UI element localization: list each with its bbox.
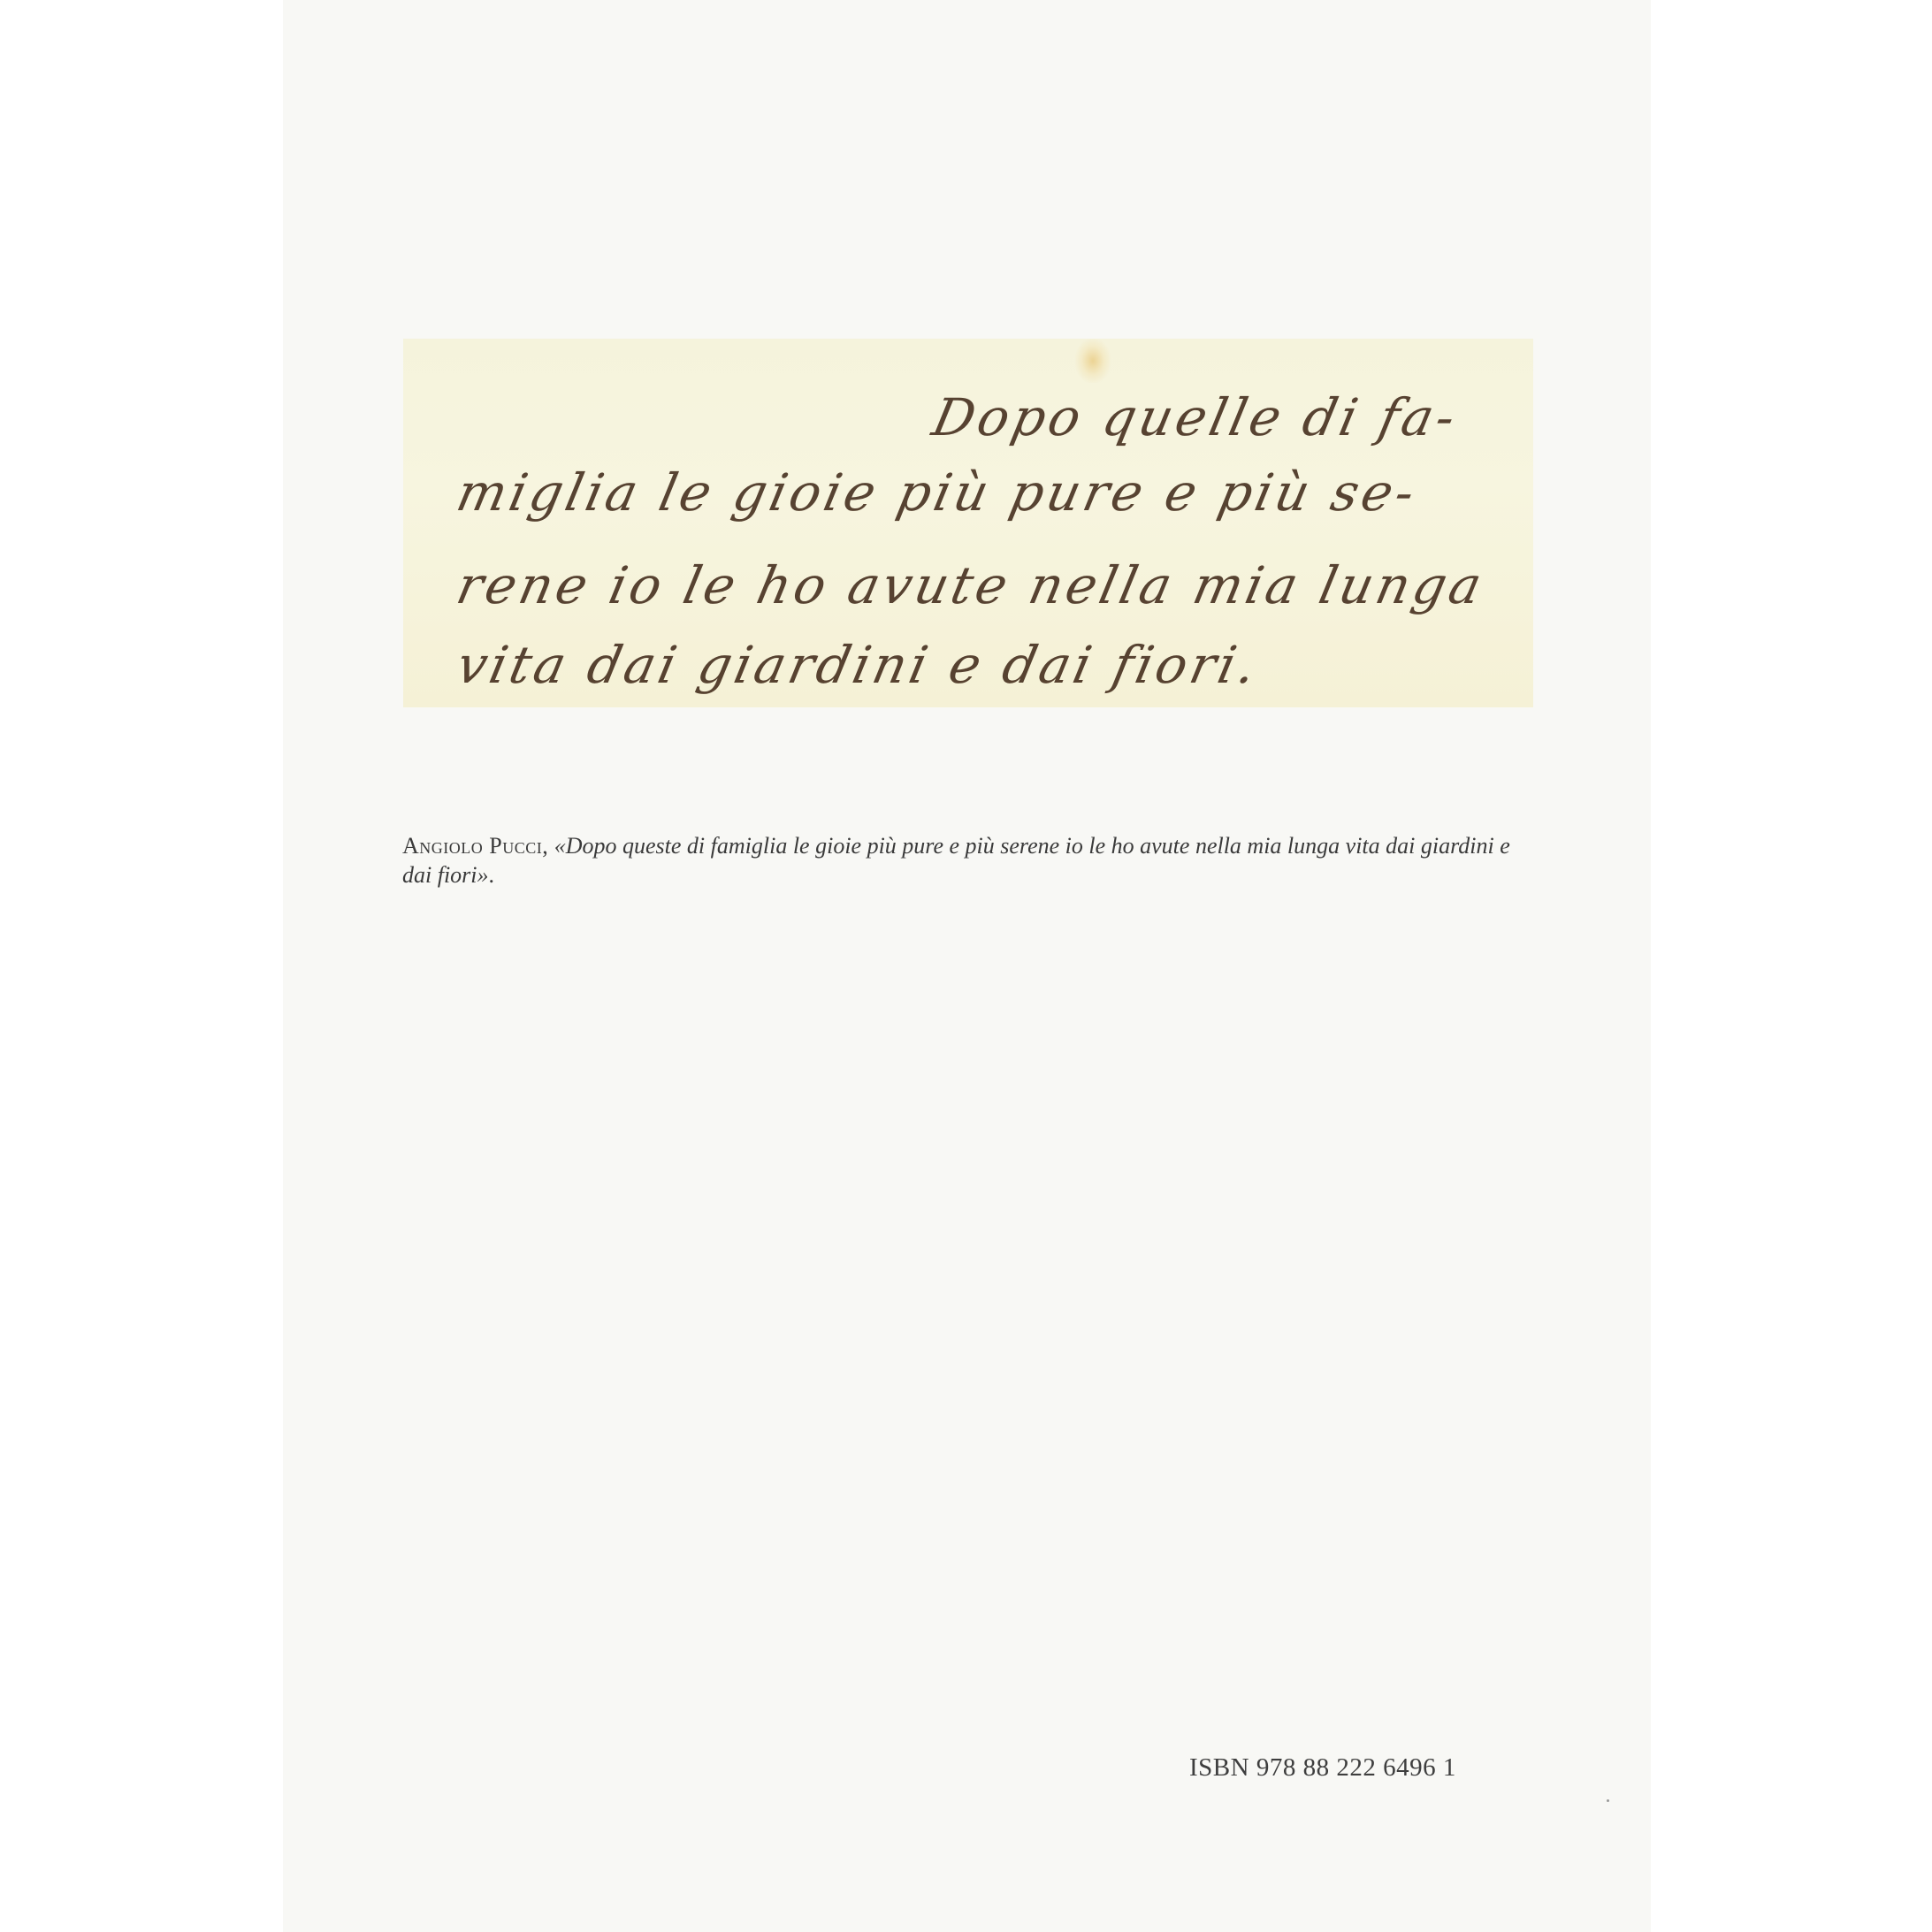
manuscript-image: Dopo quelle di fa- miglia le gioie più p… <box>403 339 1533 707</box>
handwriting-line-4: vita dai giardini e dai fiori. <box>452 635 1265 695</box>
handwriting-line-3: rene io le ho avute nella mia lunga <box>452 555 1491 615</box>
book-back-page: Dopo quelle di fa- miglia le gioie più p… <box>283 0 1651 1932</box>
isbn-number: ISBN 978 88 222 6496 1 <box>1189 1753 1456 1783</box>
handwriting-line-1: Dopo quelle di fa- <box>928 387 1464 447</box>
paper-stain <box>1075 339 1111 383</box>
paper-speck <box>1607 1799 1609 1802</box>
image-caption: Angiolo Pucci, «Dopo queste di famiglia … <box>402 831 1543 890</box>
handwriting-line-2: miglia le gioie più pure e più se- <box>452 462 1424 523</box>
caption-period: . <box>489 862 495 888</box>
caption-quote: «Dopo queste di famiglia le gioie più pu… <box>402 833 1510 888</box>
caption-author: Angiolo Pucci, <box>402 833 548 859</box>
